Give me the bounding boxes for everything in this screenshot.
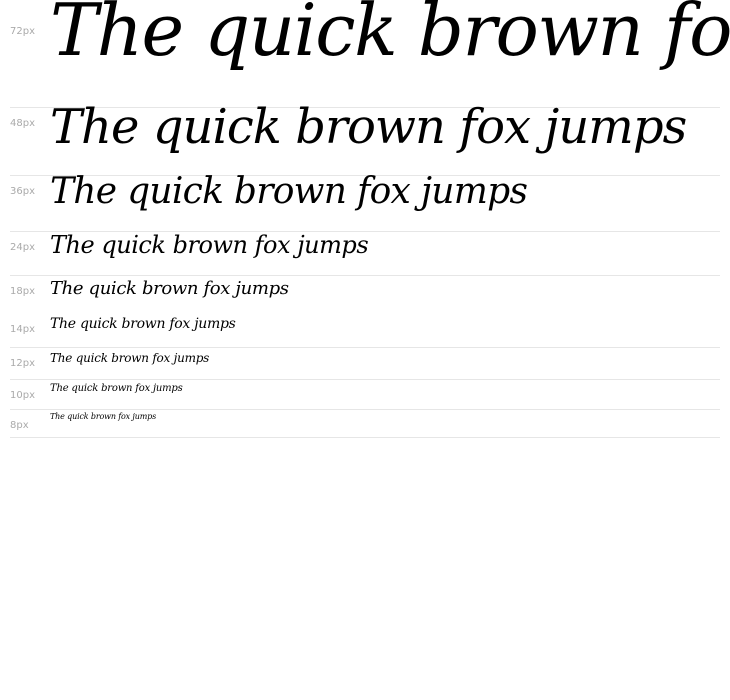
specimen-row-36: 36px The quick brown fox jumps xyxy=(10,175,720,232)
specimen-row-12: 12px The quick brown fox jumps xyxy=(10,347,720,380)
size-label: 12px xyxy=(10,358,35,369)
specimen-row-48: 48px The quick brown fox jumps xyxy=(10,107,720,176)
size-label: 72px xyxy=(10,26,35,37)
sample-text: The quick brown fox jumps xyxy=(50,316,236,332)
sample-text: The quick brown fox jumps xyxy=(50,171,527,212)
specimen-row-72: 72px The quick brown fox jumps xyxy=(10,0,720,108)
size-label: 14px xyxy=(10,324,35,335)
sample-text: The quick brown fox jumps xyxy=(50,0,730,72)
sample-text: The quick brown fox jumps xyxy=(50,231,368,259)
sample-text: The quick brown fox jumps xyxy=(50,351,209,365)
size-label: 36px xyxy=(10,186,35,197)
sample-text: The quick brown fox jumps xyxy=(50,278,289,299)
sample-text: The quick brown fox jumps xyxy=(50,99,686,155)
size-label: 10px xyxy=(10,390,35,401)
specimen-row-10: 10px The quick brown fox jumps xyxy=(10,379,720,410)
size-label: 24px xyxy=(10,242,35,253)
size-label: 8px xyxy=(10,420,29,431)
sample-text: The quick brown fox jumps xyxy=(50,383,183,394)
size-label: 48px xyxy=(10,118,35,129)
specimen-row-14: 14px The quick brown fox jumps xyxy=(10,311,720,348)
specimen-row-8: 8px The quick brown fox jumps xyxy=(10,409,720,438)
size-label: 18px xyxy=(10,286,35,297)
specimen-row-24: 24px The quick brown fox jumps xyxy=(10,231,720,276)
sample-text: The quick brown fox jumps xyxy=(50,412,156,421)
